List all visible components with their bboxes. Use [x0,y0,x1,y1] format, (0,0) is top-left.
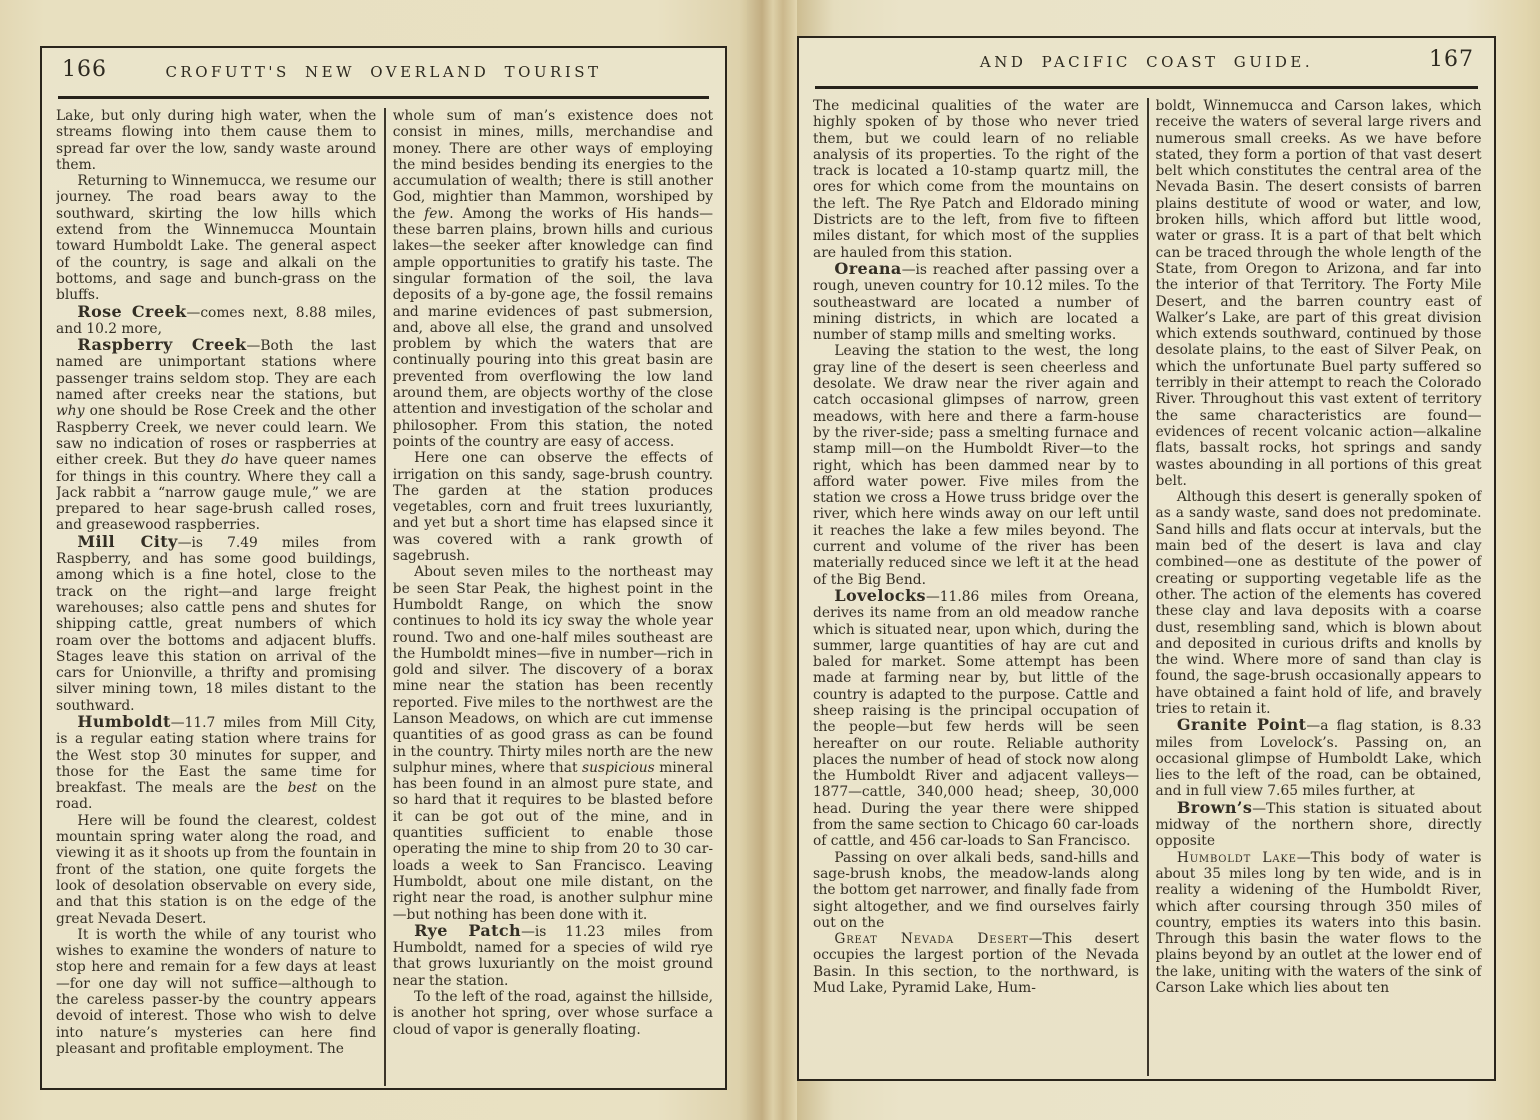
page-166-columns: Lake, but only during high water, when t… [42,99,725,1086]
text-run: why [56,403,85,419]
paragraph: Brown’s—This station is situated about m… [1156,800,1482,850]
text-run: The medicinal qualities of the water are… [813,98,1139,261]
text-run: Humboldt Lake [1177,850,1297,866]
paragraph: Granite Point—a flag station, is 8.33 mi… [1156,717,1482,799]
station-name: Humboldt [77,712,170,731]
paragraph: Here one can observe the effects of irri… [393,450,713,564]
text-run: —11.86 miles from Oreana, derives its na… [813,589,1139,849]
station-name: Lovelocks [834,586,926,605]
paragraph: About seven miles to the northeast may b… [393,564,713,923]
text-run: few [424,206,449,222]
page-167-column-2: boldt, Winnemucca and Carson lakes, whic… [1156,98,1482,1076]
text-run: Returning to Winnemucca, we resume our j… [56,173,376,303]
paragraph: The medicinal qualities of the water are… [813,98,1139,261]
paragraph: Rye Patch—is 11.23 miles from Humboldt, … [393,923,713,989]
paragraph: Passing on over alkali beds, sand-hills … [813,850,1139,931]
paragraph: Mill City—is 7.49 miles from Raspberry, … [56,534,376,714]
page-167-header: AND PACIFIC COAST GUIDE. 167 [799,47,1494,83]
page-166-header: 166 CROFUTT'S NEW OVERLAND TOURIST [42,57,725,93]
text-run: whole sum of man’s existence does not co… [393,108,713,222]
page-166: 166 CROFUTT'S NEW OVERLAND TOURIST Lake,… [0,0,747,1120]
station-name: Rye Patch [414,921,521,940]
paragraph: Here will be found the clearest, coldest… [56,813,376,927]
paragraph: whole sum of man’s existence does not co… [393,108,713,450]
text-run: —This body of water is about 35 miles lo… [1156,850,1482,996]
page-number-166: 166 [62,57,107,82]
text-run: Here one can observe the effects of irri… [393,450,713,564]
text-run: do [221,452,238,468]
page-166-column-1: Lake, but only during high water, when t… [56,108,376,1086]
station-name: Oreana [834,259,901,278]
paragraph: Raspberry Creek—Both the last named are … [56,337,376,534]
text-run: boldt, Winnemucca and Carson lakes, whic… [1156,98,1482,489]
station-name: Raspberry Creek [77,335,246,354]
page-167-column-1: The medicinal qualities of the water are… [813,98,1139,1076]
text-run: Lake, but only during high water, when t… [56,108,376,173]
paragraph: boldt, Winnemucca and Carson lakes, whic… [1156,98,1482,489]
column-divider-right [1147,98,1149,1076]
station-name: Mill City [77,532,177,551]
paragraph: Returning to Winnemucca, we resume our j… [56,173,376,303]
paragraph: Lake, but only during high water, when t… [56,108,376,173]
paragraph: To the left of the road, against the hil… [393,989,713,1038]
text-run: Passing on over alkali beds, sand-hills … [813,850,1139,931]
station-name: Brown’s [1177,798,1252,817]
text-run: To the left of the road, against the hil… [393,989,713,1038]
paragraph: Leaving the station to the west, the lon… [813,343,1139,587]
page-167-columns: The medicinal qualities of the water are… [799,89,1494,1076]
text-run: It is worth the while of any tourist who… [56,927,376,1057]
book-gutter [747,0,797,1120]
text-run: best [288,780,318,796]
running-title-right: AND PACIFIC COAST GUIDE. [799,47,1494,71]
page-number-167: 167 [1429,47,1474,72]
text-run: suspicious [582,760,655,776]
text-run: Great Nevada Desert [834,931,1028,947]
text-run: —is 7.49 miles from Raspberry, and has s… [56,535,376,714]
station-name: Rose Creek [77,302,186,321]
text-run: Although this desert is generally spoken… [1156,489,1482,717]
text-run: About seven miles to the northeast may b… [393,564,713,776]
paragraph: It is worth the while of any tourist who… [56,927,376,1057]
text-run: Here will be found the clearest, coldest… [56,813,376,927]
page-166-column-2: whole sum of man’s existence does not co… [393,108,713,1086]
paragraph: Rose Creek—comes next, 8.88 miles, and 1… [56,304,376,338]
column-divider-left [384,108,385,1086]
paragraph: Great Nevada Desert—This desert occupies… [813,931,1139,996]
paragraph: Humboldt Lake—This body of water is abou… [1156,850,1482,997]
book-spread: 166 CROFUTT'S NEW OVERLAND TOURIST Lake,… [0,0,1540,1120]
page-166-frame: 166 CROFUTT'S NEW OVERLAND TOURIST Lake,… [40,46,727,1090]
text-run: mineral has been found in an almost pure… [393,760,713,923]
page-167-frame: AND PACIFIC COAST GUIDE. 167 The medicin… [797,36,1496,1081]
paragraph: Lovelocks—11.86 miles from Oreana, deriv… [813,588,1139,850]
running-title-left: CROFUTT'S NEW OVERLAND TOURIST [42,57,725,81]
page-167: AND PACIFIC COAST GUIDE. 167 The medicin… [797,0,1540,1120]
paragraph: Oreana—is reached after passing over a r… [813,261,1139,343]
paragraph: Although this desert is generally spoken… [1156,489,1482,717]
paragraph: Humboldt—11.7 miles from Mill City, is a… [56,714,376,813]
station-name: Granite Point [1177,715,1307,734]
text-run: Leaving the station to the west, the lon… [813,343,1139,587]
text-run: . Among the works of His hands—these bar… [393,206,713,450]
